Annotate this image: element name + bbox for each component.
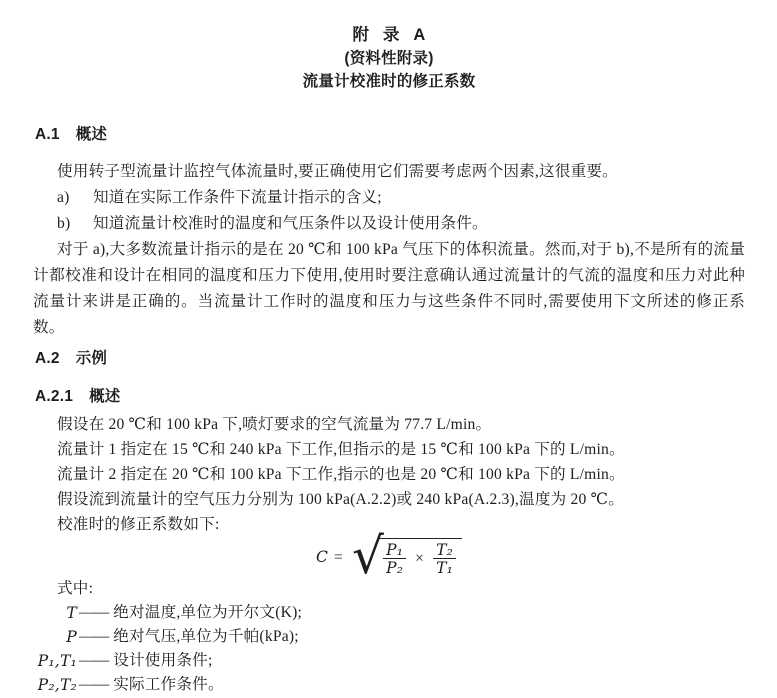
document-page: 附 录 A (资料性附录) 流量计校准时的修正系数 A.1概述 使用转子型流量计… (0, 0, 777, 698)
appendix-heading-title: 流量计校准时的修正系数 (33, 70, 745, 93)
symbol-term-p1t1: P₁,T₁ (33, 649, 77, 673)
em-dash: —— (77, 601, 110, 625)
formula-lhs: C= (316, 548, 343, 567)
pressure-fraction: P₁ P₂ (383, 542, 406, 576)
a1-body-paragraph: 对于 a),大多数流量计指示的是在 20 ℃和 100 kPa 气压下的体积流量… (33, 237, 745, 341)
list-marker-b: b) (57, 211, 93, 237)
a21-paragraph: 流量计 2 指定在 20 ℃和 100 kPa 下工作,指示的也是 20 ℃和 … (33, 462, 745, 487)
section-a21-title: 概述 (89, 388, 120, 405)
where-clause: 式中: T —— 绝对温度,单位为开尔文(K); P —— 绝对气压,单位为千帕… (33, 577, 745, 697)
fraction-numerator-t2: T₂ (433, 542, 456, 559)
fraction-numerator-p1: P₁ (383, 542, 406, 559)
em-dash: —— (77, 649, 110, 673)
section-a1-heading: A.1概述 (35, 126, 745, 143)
fraction-denominator-t1: T₁ (436, 559, 453, 576)
temperature-fraction: T₂ T₁ (433, 542, 456, 576)
appendix-heading-type: (资料性附录) (33, 47, 745, 70)
a1-list-item-a: a)知道在实际工作条件下流量计指示的含义; (33, 185, 745, 211)
a21-paragraph: 校准时的修正系数如下: (33, 512, 745, 537)
section-a1-title: 概述 (76, 126, 107, 143)
list-text-b: 知道流量计校准时的温度和气压条件以及设计使用条件。 (93, 215, 488, 232)
a21-paragraph: 假设流到流量计的空气压力分别为 100 kPa(A.2.2)或 240 kPa(… (33, 487, 745, 512)
section-a2-heading: A.2示例 (35, 350, 745, 367)
list-marker-a: a) (57, 185, 93, 211)
radical-sign: √ (352, 538, 384, 574)
appendix-heading-label: 附 录 A (33, 24, 745, 47)
term-definition-p1t1: 设计使用条件; (110, 649, 212, 673)
em-dash: —— (77, 673, 110, 697)
section-a21-body: 假设在 20 ℃和 100 kPa 下,喷灯要求的空气流量为 77.7 L/mi… (33, 412, 745, 537)
em-dash: —— (77, 625, 110, 649)
term-definition-p2t2: 实际工作条件。 (110, 673, 224, 697)
correction-factor-formula: C= √ P₁ P₂ × T₂ T₁ (33, 538, 745, 576)
formula-variable-c: C (316, 548, 328, 566)
list-text-a: 知道在实际工作条件下流量计指示的含义; (93, 189, 382, 206)
section-a2-title: 示例 (76, 350, 107, 367)
a1-list-item-b: b)知道流量计校准时的温度和气压条件以及设计使用条件。 (33, 211, 745, 237)
equals-sign: = (334, 549, 343, 566)
appendix-title-block: 附 录 A (资料性附录) 流量计校准时的修正系数 (33, 24, 745, 93)
symbol-term-p: P (33, 625, 77, 649)
a1-intro-paragraph: 使用转子型流量计监控气体流量时,要正确使用它们需要考虑两个因素,这很重要。 (33, 159, 745, 185)
symbol-term-t: T (33, 601, 77, 625)
where-item-t: T —— 绝对温度,单位为开尔文(K); (33, 601, 745, 625)
section-a1-number: A.1 (35, 126, 60, 143)
where-item-p1t1: P₁,T₁ —— 设计使用条件; (33, 649, 745, 673)
section-a1-body: 使用转子型流量计监控气体流量时,要正确使用它们需要考虑两个因素,这很重要。 a)… (33, 159, 745, 341)
symbol-term-p2t2: P₂,T₂ (33, 673, 77, 697)
fraction-denominator-p2: P₂ (386, 559, 403, 576)
a21-paragraph: 假设在 20 ℃和 100 kPa 下,喷灯要求的空气流量为 77.7 L/mi… (33, 412, 745, 437)
term-definition-p: 绝对气压,单位为千帕(kPa); (110, 625, 299, 649)
where-clause-label: 式中: (57, 577, 745, 601)
where-item-p2t2: P₂,T₂ —— 实际工作条件。 (33, 673, 745, 697)
term-definition-t: 绝对温度,单位为开尔文(K); (110, 601, 302, 625)
formula-radicand: P₁ P₂ × T₂ T₁ (379, 538, 462, 576)
section-a21-heading: A.2.1概述 (35, 388, 745, 405)
multiply-sign: × (414, 550, 425, 568)
a21-paragraph: 流量计 1 指定在 15 ℃和 240 kPa 下工作,但指示的是 15 ℃和 … (33, 437, 745, 462)
where-item-p: P —— 绝对气压,单位为千帕(kPa); (33, 625, 745, 649)
section-a21-number: A.2.1 (35, 388, 73, 405)
section-a2-number: A.2 (35, 350, 60, 367)
